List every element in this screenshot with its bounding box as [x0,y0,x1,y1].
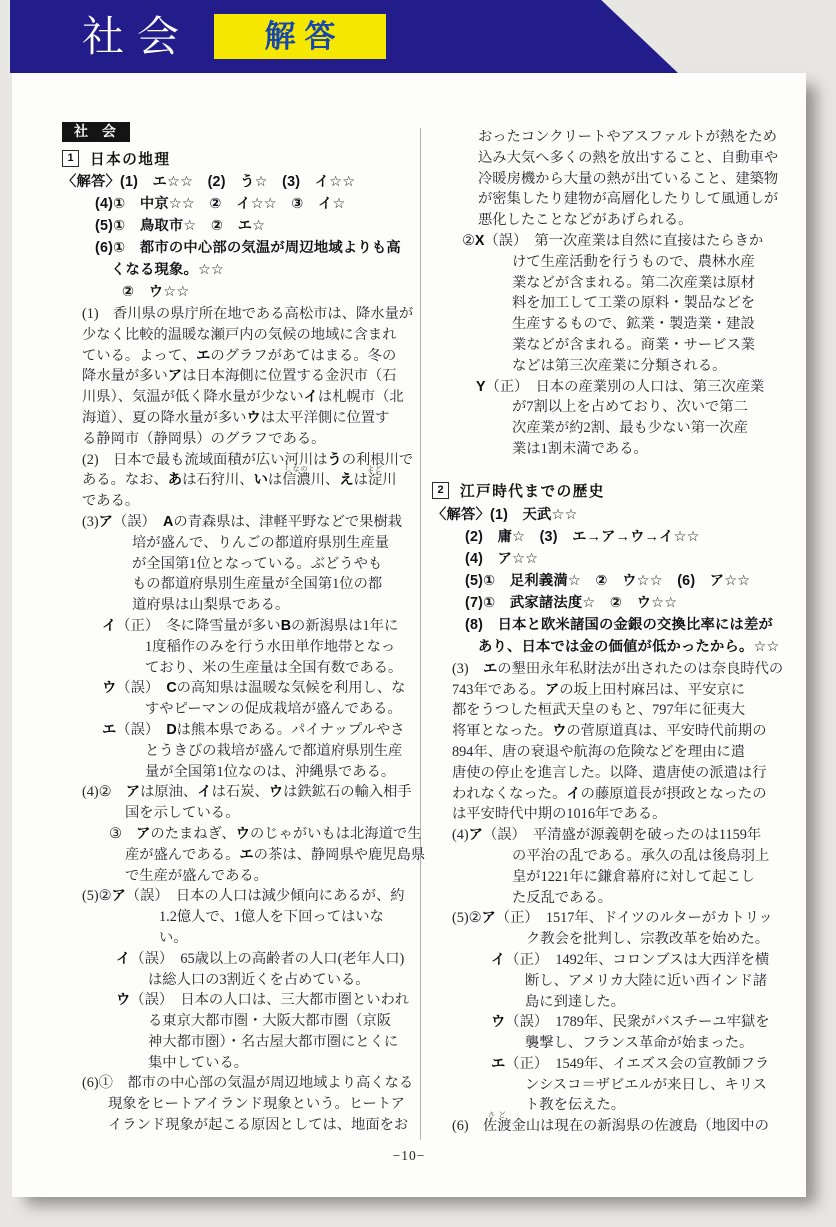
text-line: 国を示している。 [62,803,414,824]
text-line: 込み大気へ多くの熱を放出すること、自動車や [432,148,784,169]
text-line: の平治の乱である。承久の乱は後鳥羽上 [432,846,784,867]
text-line: は平安時代中期の1016年である。 [432,804,784,825]
text-line: が全国第1位となっている。ぶどうやも [62,554,414,575]
text-line: けて生産活動を行うもので、農林水産 [432,252,784,273]
text-line: ている。よって、エのグラフがあてはまる。冬の [62,346,414,367]
text-line: 島に到達した。 [432,992,784,1013]
text-line: イ（誤） 65歳以上の高齢者の人口(老年人口) [62,949,414,970]
text-line: われなくなった。イの藤原道長が摂政となったの [432,784,784,805]
question-number-box: 1 [62,150,79,167]
ruby-base: 信濃しなの [282,472,311,488]
bold-choice-letter: え [339,472,353,488]
text-line: 少なく比較的温暖な瀬戸内の気候の地域に含まれ [62,325,414,346]
bold-choice-letter: ア [482,910,496,926]
text-line: ウ（誤） 日本の人口は、三大都市圏といわれ [62,990,414,1011]
text-line: おったコンクリートやアスファルトが熱をため [432,127,784,148]
question-title: 日本の地理 [90,148,170,169]
question-title: 江戸時代までの歴史 [460,480,605,501]
text-line: (4)ア（誤） 平清盛が源義朝を破ったのは1159年 [432,825,784,846]
text-line: 皇が1221年に鎌倉幕府に対して起こし [432,867,784,888]
text-line: (2) 日本で最も流域面積が広い河川はうの利根川で [62,450,414,471]
text-line: る静岡市（静岡県）のグラフである。 [62,429,414,450]
text-line: い。 [62,928,414,949]
text-line: (8) 日本と欧米諸国の金銀の交換比率には差が [432,614,784,636]
text-line: Y（正） 日本の産業別の人口は、第三次産業 [432,377,784,398]
text-line: 料を加工して工業の原料・製品などを [432,293,784,314]
text-line: ウ（誤） Cの高知県は温暖な気候を利用し、な [62,678,414,699]
text-line: る東京大都市圏・大阪大都市圏（京阪 [62,1011,414,1032]
bold-choice-letter: イ [116,951,130,967]
header-banner-inner: 社会 解答 [10,0,678,73]
bold-choice-letter: ア [99,514,113,530]
bold-choice-letter: ア [168,368,182,384]
text-line: (5)① 鳥取市☆ ② エ☆ [62,215,414,237]
bold-choice-letter: イ [566,786,580,802]
text-line: 集中している。 [62,1053,414,1074]
bold-choice-letter: ウ [102,680,116,696]
text-line: ② ウ☆☆ [62,281,414,303]
bold-choice-letter: エ [196,348,210,364]
text-line: 〈解答〉(1) エ☆☆ (2) う☆ (3) イ☆☆ [62,171,414,193]
bold-choice-letter: ウ [491,1014,505,1030]
furigana: さ ど [488,1112,507,1119]
bold-choice-letter: あ [168,472,182,488]
heading-block: 2江戸時代までの歴史 [432,480,784,502]
text-line: 断し、アメリカ大陸に近い西インド諸 [432,971,784,992]
ruby-base: 淀よど [368,472,382,488]
text-line: は総人口の3割近くを占めている。 [62,970,414,991]
body-block: (1) 香川県の県庁所在地である高松市は、降水量が少なく比較的温暖な瀬戸内の気候… [62,304,414,450]
ruby-base: 佐渡さ ど [483,1118,512,1134]
bold-choice-letter: ウ [246,410,260,426]
text-line: である。 [62,491,414,512]
scanned-answer-page: 社会 解答 社 会1日本の地理〈解答〉(1) エ☆☆ (2) う☆ (3) イ☆… [0,0,836,1227]
bold-choice-letter: ウ [236,826,250,842]
section-label-block: 社 会 [62,122,414,142]
body-block: (2) 日本で最も流域面積が広い河川はうの利根川である。なお、あは石狩川、いは信… [62,450,414,512]
text-line: (2) 庸☆ (3) エ→ア→ウ→イ☆☆ [432,526,784,548]
text-line: (3) エの墾田永年私財法が出されたのは奈良時代の [432,659,784,680]
text-line: 次産業が約2割、最も少ない第一次産 [432,418,784,439]
bold-choice-letter: D [166,722,176,738]
text-line: (6)① 都市の中心部の気温が周辺地域より高くなる [62,1073,414,1094]
bold-choice-letter: エ [491,1056,505,1072]
text-line: 743年である。アの坂上田村麻呂は、平安京に [432,680,784,701]
bold-choice-letter: A [163,514,173,530]
text-line: くなる現象。☆☆ [62,259,414,281]
text-line: 1.2億人で、1億人を下回ってはいな [62,907,414,928]
column-right: おったコンクリートやアスファルトが熱をため込み大気へ多くの熱を放出すること、自動… [432,127,784,1137]
text-line: 襲撃し、フランス革命が始まった。 [432,1033,784,1054]
text-line: などは第三次産業に分類される。 [432,356,784,377]
body-block: (5)②ア（誤） 日本の人口は減少傾向にあるが、約1.2億人で、1億人を下回って… [62,886,414,1073]
text-line: 現象をヒートアイランド現象という。ヒートア [62,1094,414,1115]
text-line: (5)②ア（正） 1517年、ドイツのルターがカトリッ [432,908,784,929]
text-line: た反乱である。 [432,888,784,909]
bold-choice-letter: い [254,472,268,488]
text-line: が7割以上を占めており、次いで第二 [432,397,784,418]
text-line: 悪化したことなどがあげられる。 [432,210,784,231]
text-line: ク教会を批判し、宗教改革を始めた。 [432,929,784,950]
text-line: (4)① 中京☆☆ ② イ☆☆ ③ イ☆ [62,193,414,215]
body-block: (5)②ア（正） 1517年、ドイツのルターがカトリック教会を批判し、宗教改革を… [432,908,784,1116]
bold-choice-letter: ウ [269,784,283,800]
text-line: (5)②ア（誤） 日本の人口は減少傾向にあるが、約 [62,886,414,907]
text-line: 唐使の停止を進言した。以降、遣唐使の派遣は行 [432,763,784,784]
text-line: ③ アのたまねぎ、ウのじゃがいもは北海道で生 [62,824,414,845]
body-block: (4)② アは原油、イは石炭、ウは鉄鉱石の輸入相手国を示している。③ アのたまね… [62,782,414,886]
bold-choice-letter: ウ [552,723,566,739]
text-line: イ（正） 冬に降雪量が多いBの新潟県は1年に [62,616,414,637]
bold-choice-letter: う [327,452,341,468]
text-line: 神大都市圏）・名古屋大都市圏にとくに [62,1032,414,1053]
text-line: ウ（誤） 1789年、民衆がバスチーユ牢獄を [432,1012,784,1033]
text-line: 894年、唐の衰退や航海の危険などを理由に遣 [432,742,784,763]
bold-choice-letter: ア [112,888,126,904]
text-line: ②X（誤） 第一次産業は自然に直接はたらきか [432,231,784,252]
page-number: −10− [12,1148,806,1164]
text-line: (5)① 足利義満☆ ② ウ☆☆ (6) ア☆☆ [432,570,784,592]
text-line: すやピーマンの促成栽培が盛んである。 [62,699,414,720]
text-line: 業などが含まれる。商業・サービス業 [432,335,784,356]
bold-choice-letter: C [166,680,176,696]
text-line: (6)① 都市の中心部の気温が周辺地域よりも高 [62,237,414,259]
text-line: (4)② アは原油、イは石炭、ウは鉄鉱石の輸入相手 [62,782,414,803]
text-line: 生産するもので、鉱業・製造業・建設 [432,314,784,335]
text-line: 量が全国第1位なのは、沖縄県である。 [62,762,414,783]
section-label: 社 会 [62,122,130,142]
furigana: しなの [284,466,308,473]
text-line: (7)① 武家諸法度☆ ② ウ☆☆ [432,592,784,614]
body-block: (4)ア（誤） 平清盛が源義朝を破ったのは1159年の平治の乱である。承久の乱は… [432,825,784,908]
ans-block: 〈解答〉(1) エ☆☆ (2) う☆ (3) イ☆☆(4)① 中京☆☆ ② イ☆… [62,171,414,303]
text-line: エ（正） 1549年、イエズス会の宣教師フラ [432,1054,784,1075]
text-line: 冷暖房機から大量の熱が出ていること、建築物 [432,169,784,190]
text-line: 海道）、夏の降水量が多いウは太平洋側に位置す [62,408,414,429]
text-line: (6) 佐渡さ ど金山は現在の新潟県の佐渡島（地図中の [432,1116,784,1137]
text-line: 川県）、気温が低く降水量が少ないイは札幌市（北 [62,387,414,408]
bold-choice-letter: エ [239,847,253,863]
text-line: もの都道府県別生産量が全国第1位の都 [62,574,414,595]
question-number-box: 2 [432,482,449,499]
bold-choice-letter: X [475,233,485,249]
text-line: が密集したり建物が高層化したりして風通しが [432,189,784,210]
text-line: イ（正） 1492年、コロンブスは大西洋を横 [432,950,784,971]
bold-choice-letter: ア [545,682,559,698]
text-line: 産が盛んである。エの茶は、静岡県や鹿児島県 [62,845,414,866]
bold-choice-letter: Y [476,379,486,395]
bold-choice-letter: エ [102,722,116,738]
bold-choice-letter: イ [102,618,116,634]
bold-choice-letter: イ [304,389,318,405]
column-divider [420,128,421,1140]
bold-choice-letter: B [281,618,291,634]
bold-choice-letter: ア [136,826,150,842]
column-left: 社 会1日本の地理〈解答〉(1) エ☆☆ (2) う☆ (3) イ☆☆(4)① … [62,122,414,1136]
text-line: 都をうつした桓武天皇のもと、797年に征夷大 [432,700,784,721]
body-block: ②X（誤） 第一次産業は自然に直接はたらきかけて生産活動を行うもので、農林水産業… [432,231,784,460]
heading-block: 1日本の地理 [62,147,414,169]
text-line: ており、米の生産量は全国有数である。 [62,658,414,679]
bold-choice-letter: イ [491,952,505,968]
text-line: 業は1割未満である。 [432,439,784,460]
text-line: イランド現象が起こる原因としては、地面をお [62,1115,414,1136]
furigana: よど [367,466,383,473]
body-block: (3) エの墾田永年私財法が出されたのは奈良時代の743年である。アの坂上田村麻… [432,659,784,825]
text-line: (3)ア（誤） Aの青森県は、津軽平野などで果樹栽 [62,512,414,533]
subject-title: 社会 [82,16,192,58]
text-line: あり、日本では金の価値が低かったから。☆☆ [432,636,784,658]
text-line: (4) ア☆☆ [432,548,784,570]
body-block: (3)ア（誤） Aの青森県は、津軽平野などで果樹栽培が盛んで、りんごの都道府県別… [62,512,414,782]
body-block: (6)① 都市の中心部の気温が周辺地域より高くなる現象をヒートアイランド現象とい… [62,1073,414,1135]
text-line: 業などが含まれる。第二次産業は原材 [432,273,784,294]
bold-choice-letter: エ [483,661,497,677]
bold-choice-letter: ア [469,827,483,843]
header-banner: 社会 解答 [10,0,678,73]
text-line: 降水量が多いアは日本海側に位置する金沢市（石 [62,366,414,387]
text-line: 培が盛んで、りんごの都道府県別生産量 [62,533,414,554]
text-line: ト教を伝えた。 [432,1095,784,1116]
text-line: ンシスコ＝ザビエルが来日し、キリス [432,1075,784,1096]
bold-choice-letter: ア [126,784,140,800]
text-line: 1度稲作のみを行う水田単作地帯となっ [62,637,414,658]
ans-block: 〈解答〉(1) 天武☆☆(2) 庸☆ (3) エ→ア→ウ→イ☆☆(4) ア☆☆(… [432,504,784,658]
text-line: 道府県は山梨県である。 [62,595,414,616]
text-line: ある。なお、あは石狩川、いは信濃しなの川、えは淀よど川 [62,470,414,491]
text-line: (1) 香川県の県庁所在地である高松市は、降水量が [62,304,414,325]
text-line: 将軍となった。ウの菅原道真は、平安時代前期の [432,721,784,742]
bold-choice-letter: イ [197,784,211,800]
text-line: とうきびの栽培が盛んで都道府県別生産 [62,741,414,762]
body-block: (6) 佐渡さ ど金山は現在の新潟県の佐渡島（地図中の [432,1116,784,1137]
bold-choice-letter: ウ [116,992,130,1008]
text-line: 〈解答〉(1) 天武☆☆ [432,504,784,526]
text-line: で生産が盛んである。 [62,866,414,887]
body-block: おったコンクリートやアスファルトが熱をため込み大気へ多くの熱を放出すること、自動… [432,127,784,231]
answer-badge: 解答 [214,14,386,59]
text-line: エ（誤） Dは熊本県である。パイナップルやさ [62,720,414,741]
